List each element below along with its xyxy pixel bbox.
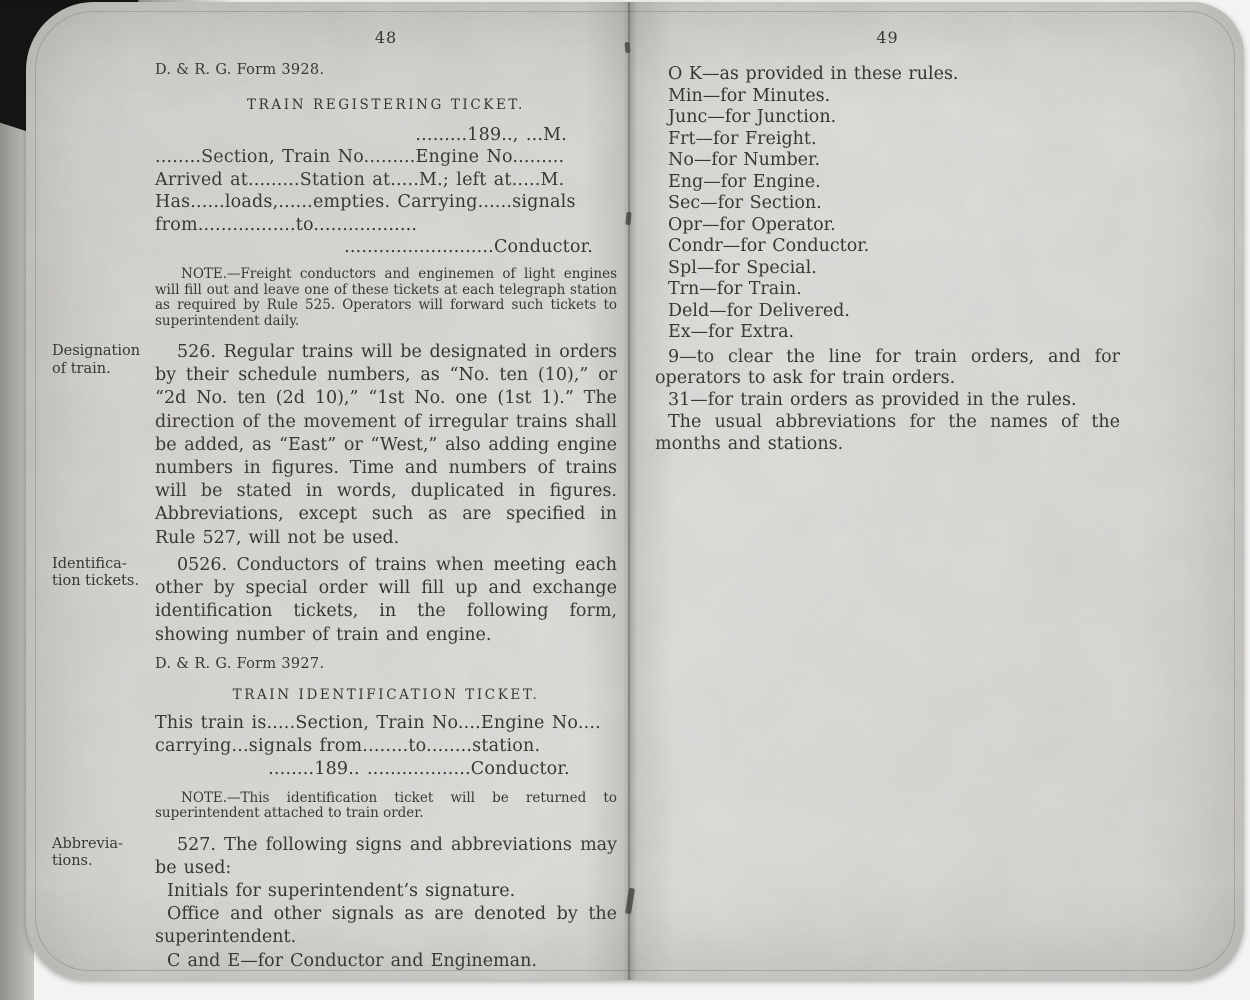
ticket-line: ..........................Conductor.	[155, 236, 617, 258]
abbreviation-line: Min—for Minutes.	[655, 86, 1120, 108]
freight-conductors-note: NOTE.—Freight conductors and enginemen o…	[155, 267, 617, 329]
margin-note-identification: Identifica-tion tickets.	[52, 556, 150, 591]
registering-ticket-title: TRAIN REGISTERING TICKET.	[155, 97, 617, 113]
registering-ticket-form: .........189.., ...M. ........Section, T…	[155, 124, 617, 258]
rule-527-item: C and E—for Conductor and Engineman.	[155, 950, 617, 973]
ticket-line: from.................to.................…	[155, 214, 617, 236]
usual-abbreviations-paragraph: The usual abbreviations for the names of…	[655, 412, 1120, 456]
ticket-line: .........189.., ...M.	[155, 124, 617, 146]
identification-ticket-title: TRAIN IDENTIFICATION TICKET.	[155, 687, 617, 703]
ticket-line: ........Section, Train No.........Engine…	[155, 146, 617, 168]
rule-526-text: 526. Regular trains will be designated i…	[155, 342, 617, 548]
margin-note-abbreviations: Abbrevia-tions.	[52, 836, 150, 871]
abbreviation-line: O K—as provided in these rules.	[655, 64, 1120, 86]
ticket-line: carrying...signals from........to.......…	[155, 735, 617, 758]
abbreviation-line: Condr—for Conductor.	[655, 236, 1120, 258]
signal-9-paragraph: 9—to clear the line for train orders, an…	[655, 347, 1120, 391]
abbreviation-line: Sec—for Section.	[655, 193, 1120, 215]
page-number: 49	[655, 28, 1120, 47]
abbreviation-line: Ex—for Extra.	[655, 322, 1120, 344]
rule-526: Designation of train. 526. Regular train…	[155, 341, 617, 550]
abbreviation-line: Opr—for Operator.	[655, 215, 1120, 237]
abbreviation-line: Trn—for Train.	[655, 279, 1120, 301]
ticket-line: This train is.....Section, Train No....E…	[155, 712, 617, 735]
gutter-crease	[628, 2, 630, 980]
binding-stitch	[624, 42, 630, 53]
right-page: 49 O K—as provided in these rules. Min—f…	[655, 2, 1120, 455]
rule-527-item: Office and other signals as are denoted …	[155, 903, 617, 949]
abbreviation-line: Deld—for Delivered.	[655, 301, 1120, 323]
abbreviation-line: Eng—for Engine.	[655, 172, 1120, 194]
ticket-line: ........189.. ..................Conducto…	[155, 758, 617, 781]
abbreviation-line: Junc—for Junction.	[655, 107, 1120, 129]
abbreviation-line: Frt—for Freight.	[655, 129, 1120, 151]
signal-31-paragraph: 31—for train orders as provided in the r…	[655, 390, 1120, 412]
ticket-line: Arrived at.........Station at.....M.; le…	[155, 169, 617, 191]
book-spread: 48 D. & R. G. Form 3928. TRAIN REGISTERI…	[26, 2, 1244, 980]
rule-0526: Identifica-tion tickets. 0526. Conductor…	[155, 554, 617, 647]
margin-note-designation: Designation of train.	[52, 343, 150, 378]
rule-527-intro: 527. The following signs and abbreviatio…	[155, 835, 617, 878]
page-number: 48	[155, 28, 617, 47]
abbreviation-list: O K—as provided in these rules. Min—for …	[655, 64, 1120, 344]
left-page: 48 D. & R. G. Form 3928. TRAIN REGISTERI…	[155, 2, 617, 973]
rule-527-item: Initials for superintendent’s signature.	[155, 880, 617, 903]
identification-ticket-form: This train is.....Section, Train No....E…	[155, 712, 617, 781]
rule-527: Abbrevia-tions. 527. The following signs…	[155, 834, 617, 880]
rule-0526-text: 0526. Conductors of trains when meeting …	[155, 555, 617, 645]
form-3928-label: D. & R. G. Form 3928.	[155, 62, 617, 78]
abbreviation-line: No—for Number.	[655, 150, 1120, 172]
identification-note: NOTE.—This identification ticket will be…	[155, 791, 617, 822]
form-3927-label: D. & R. G. Form 3927.	[155, 656, 617, 672]
abbreviation-line: Spl—for Special.	[655, 258, 1120, 280]
ticket-line: Has......loads,......empties. Carrying..…	[155, 191, 617, 213]
